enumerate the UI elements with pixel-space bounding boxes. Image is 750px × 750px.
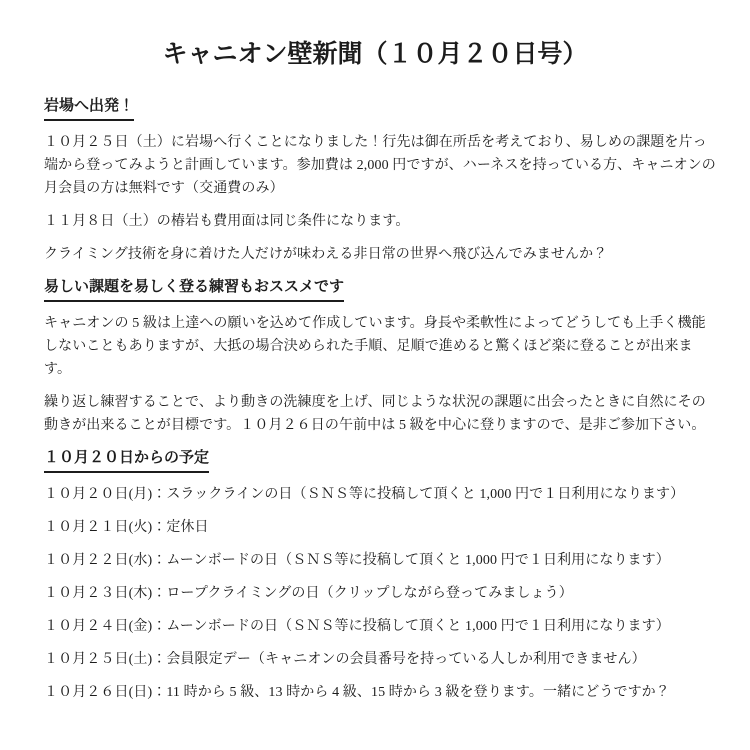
section-rock-field-trip: 岩場へ出発！ １０月２５日（土）に岩場へ行くことになりました！行先は御在所岳を考… — [44, 95, 718, 266]
section-heading: １０月２０日からの予定 — [44, 447, 718, 473]
paragraph: １１月８日（土）の椿岩も費用面は同じ条件になります。 — [44, 210, 718, 233]
schedule-item: １０月２４日(金)：ムーンボードの日（ＳＮＳ等に投稿して頂くと 1,000 円で… — [44, 615, 718, 638]
newsletter-page: キャニオン壁新聞（１０月２０日号） 岩場へ出発！ １０月２５日（土）に岩場へ行く… — [0, 0, 750, 750]
schedule-item: １０月２５日(土)：会員限定デー（キャニオンの会員番号を持っている人しか利用でき… — [44, 648, 718, 671]
paragraph: 繰り返し練習することで、より動きの洗練度を上げ、同じような状況の課題に出会ったと… — [44, 391, 718, 437]
section-easy-practice: 易しい課題を易しく登る練習もおススメです キャニオンの 5 級は上達への願いを込… — [44, 276, 718, 437]
schedule-item: １０月２６日(日)：11 時から 5 級、13 時から 4 級、15 時から 3… — [44, 681, 718, 704]
section-heading-text: 岩場へ出発！ — [44, 95, 134, 121]
schedule-item: １０月２３日(木)：ロープクライミングの日（クリップしながら登ってみましょう） — [44, 582, 718, 605]
schedule-item: １０月２２日(水)：ムーンボードの日（ＳＮＳ等に投稿して頂くと 1,000 円で… — [44, 549, 718, 572]
schedule-item: １０月２１日(火)：定休日 — [44, 516, 718, 539]
section-schedule: １０月２０日からの予定 １０月２０日(月)：スラックラインの日（ＳＮＳ等に投稿し… — [44, 447, 718, 704]
page-title: キャニオン壁新聞（１０月２０日号） — [44, 40, 706, 70]
paragraph: キャニオンの 5 級は上達への願いを込めて作成しています。身長や柔軟性によってど… — [44, 312, 718, 381]
paragraph: クライミング技術を身に着けた人だけが味わえる非日常の世界へ飛び込んでみませんか？ — [44, 243, 718, 266]
section-heading-text: １０月２０日からの予定 — [44, 447, 209, 473]
paragraph: １０月２５日（土）に岩場へ行くことになりました！行先は御在所岳を考えており、易し… — [44, 131, 718, 200]
section-heading: 岩場へ出発！ — [44, 95, 718, 121]
section-heading-text: 易しい課題を易しく登る練習もおススメです — [44, 276, 344, 302]
section-heading: 易しい課題を易しく登る練習もおススメです — [44, 276, 718, 302]
schedule-item: １０月２０日(月)：スラックラインの日（ＳＮＳ等に投稿して頂くと 1,000 円… — [44, 483, 718, 506]
